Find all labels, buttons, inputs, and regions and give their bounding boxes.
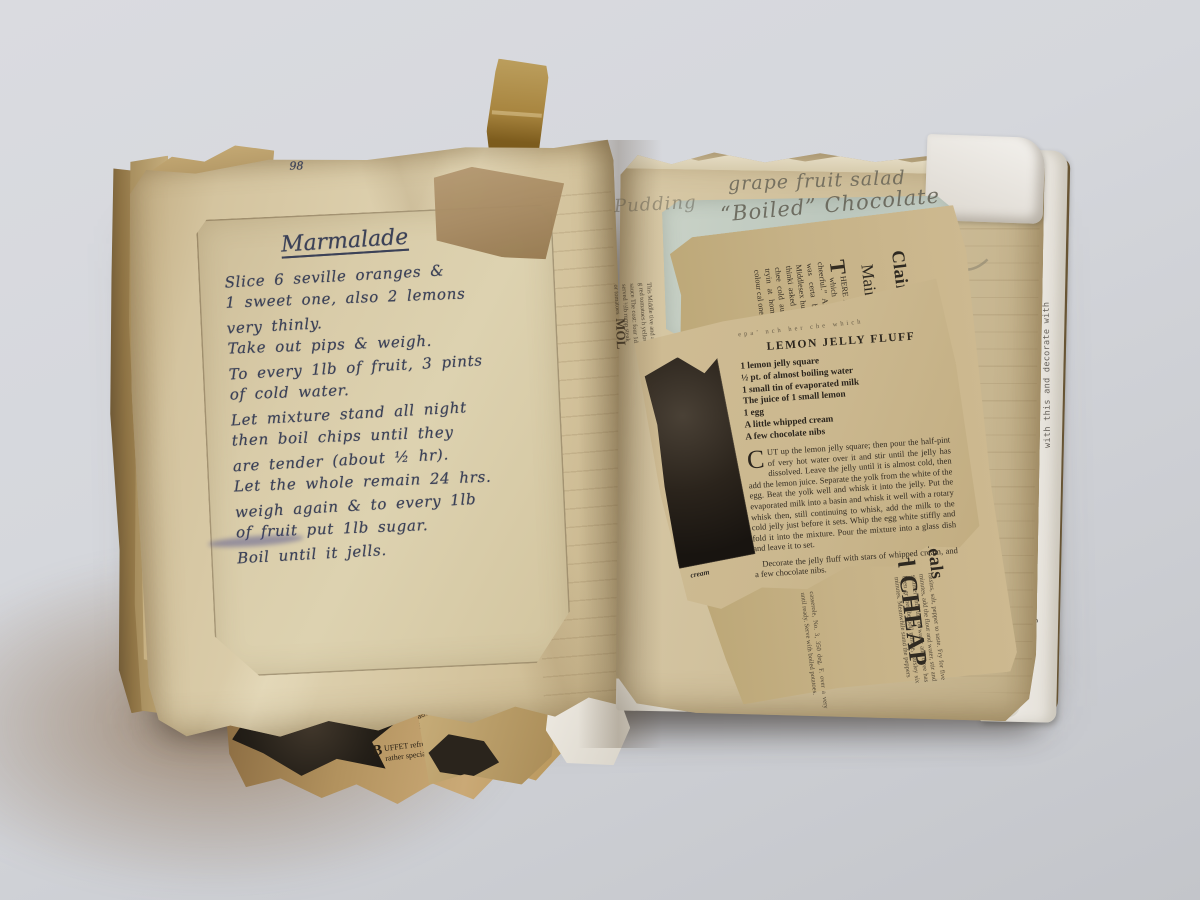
spine-shadow <box>578 140 662 748</box>
buffet-dropcap: B <box>372 744 384 758</box>
photo-fragment-blob <box>428 732 500 780</box>
tape-tab-fold <box>492 110 542 117</box>
left-page: 98 Marmalade Slice 6 seville oranges & 1… <box>121 137 639 744</box>
intro-dropcap: T <box>828 259 848 276</box>
scrapbook-photo: boiled eggs and fresh spring greens toma… <box>0 0 1200 900</box>
lemon-clipping-content: epa’ nch her che which LEMON JELLY FLUFF… <box>650 314 960 596</box>
typed-line: with this and decorate with <box>1042 302 1053 448</box>
page-number: 98 <box>289 159 303 172</box>
lemon-body-paragraph: CUT up the lemon jelly square; then pour… <box>746 435 957 554</box>
body-text: UT up the lemon jelly square; then pour … <box>748 435 956 554</box>
pasted-recipe-sheet: Marmalade Slice 6 seville oranges & 1 sw… <box>196 204 572 678</box>
body-dropcap: C <box>746 449 765 471</box>
